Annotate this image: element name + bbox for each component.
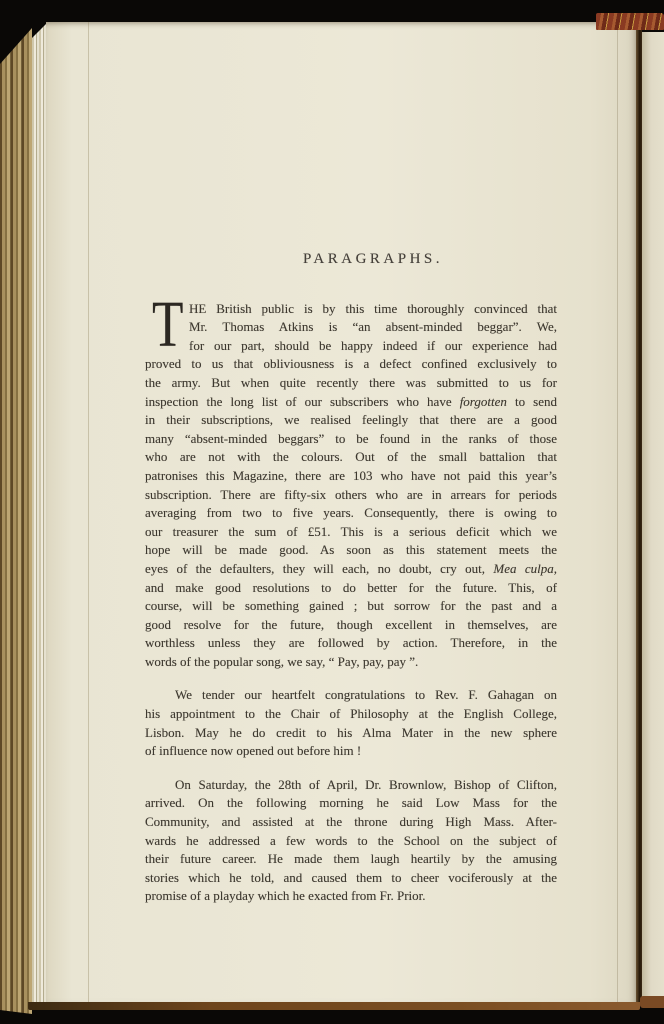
text-line: many “absent-minded beggars” to be found… [145,430,557,449]
text-line: for our part, should be happy indeed if … [189,337,557,356]
text-line: in their subscriptions, we realised feel… [145,411,557,430]
text-line: promise of a playday which he exacted fr… [145,887,557,906]
text-line: good resolve for the future, though exce… [145,616,557,635]
text-line: the army. But when quite recently there … [145,374,557,393]
book-page: PARAGRAPHS. THE British public is by thi… [46,22,637,1002]
text-line: patronises this Magazine, there are 103 … [145,467,557,486]
text-content: PARAGRAPHS. THE British public is by thi… [145,250,557,906]
drop-cap: T [152,292,183,358]
text-line: proved to us that obliviousness is a def… [145,355,557,374]
text-line: stories which he told, and caused them t… [145,869,557,888]
page-bottom-edge [28,1002,640,1010]
text-line: Community, and assisted at the throne du… [145,813,557,832]
page-edges-near [32,24,46,1008]
text-line: arrived. On the following morning he sai… [145,794,557,813]
text-line: wards he addressed a few words to the Sc… [145,832,557,851]
text-line: We tender our heartfelt congratulations … [145,686,557,705]
italic-phrase: Mea culpa, [493,561,557,576]
page-heading: PARAGRAPHS. [167,250,579,269]
text-line: hope will be made good. As soon as this … [145,541,557,560]
paragraph-3: On Saturday, the 28th of April, Dr. Brow… [145,776,557,906]
text-line: our treasurer the sum of £51. This is a … [145,523,557,542]
text-line: course, will be something gained ; but s… [145,597,557,616]
facing-page-edge [642,32,664,1006]
text-line: words of the popular song, we say, “ Pay… [145,653,557,672]
text-line: Lisbon. May he do credit to his Alma Mat… [145,724,557,743]
text-line: who are not with the colours. Out of the… [145,448,557,467]
text-line: and make good resolutions to do better f… [145,579,557,598]
paragraph-1: THE British public is by this time thoro… [145,300,557,672]
paragraph-2: We tender our heartfelt congratulations … [145,686,557,760]
text-line: of influence now opened out before him ! [145,742,557,761]
text-line: inspection the long list of our subscrib… [145,393,557,412]
text-line: their future career. He made them laugh … [145,850,557,869]
text-line: worthless unless they are followed by ac… [145,634,557,653]
text-line: subscription. There are fifty-six others… [145,486,557,505]
cover-corner [640,996,664,1008]
text-line: Mr. Thomas Atkins is “an absent-minded b… [189,318,557,337]
page-edges-stack [0,24,32,1014]
text-line: his appointment to the Chair of Philosop… [145,705,557,724]
italic-phrase: forgotten [460,394,507,409]
text-line: On Saturday, the 28th of April, Dr. Brow… [145,776,557,795]
book-headband [596,13,664,30]
text-line: eyes of the defaulters, they will each, … [145,560,557,579]
text-line: HE British public is by this time thorou… [189,300,557,319]
text-line: averaging from two to five years. Conseq… [145,504,557,523]
book-photograph: PARAGRAPHS. THE British public is by thi… [0,0,664,1024]
